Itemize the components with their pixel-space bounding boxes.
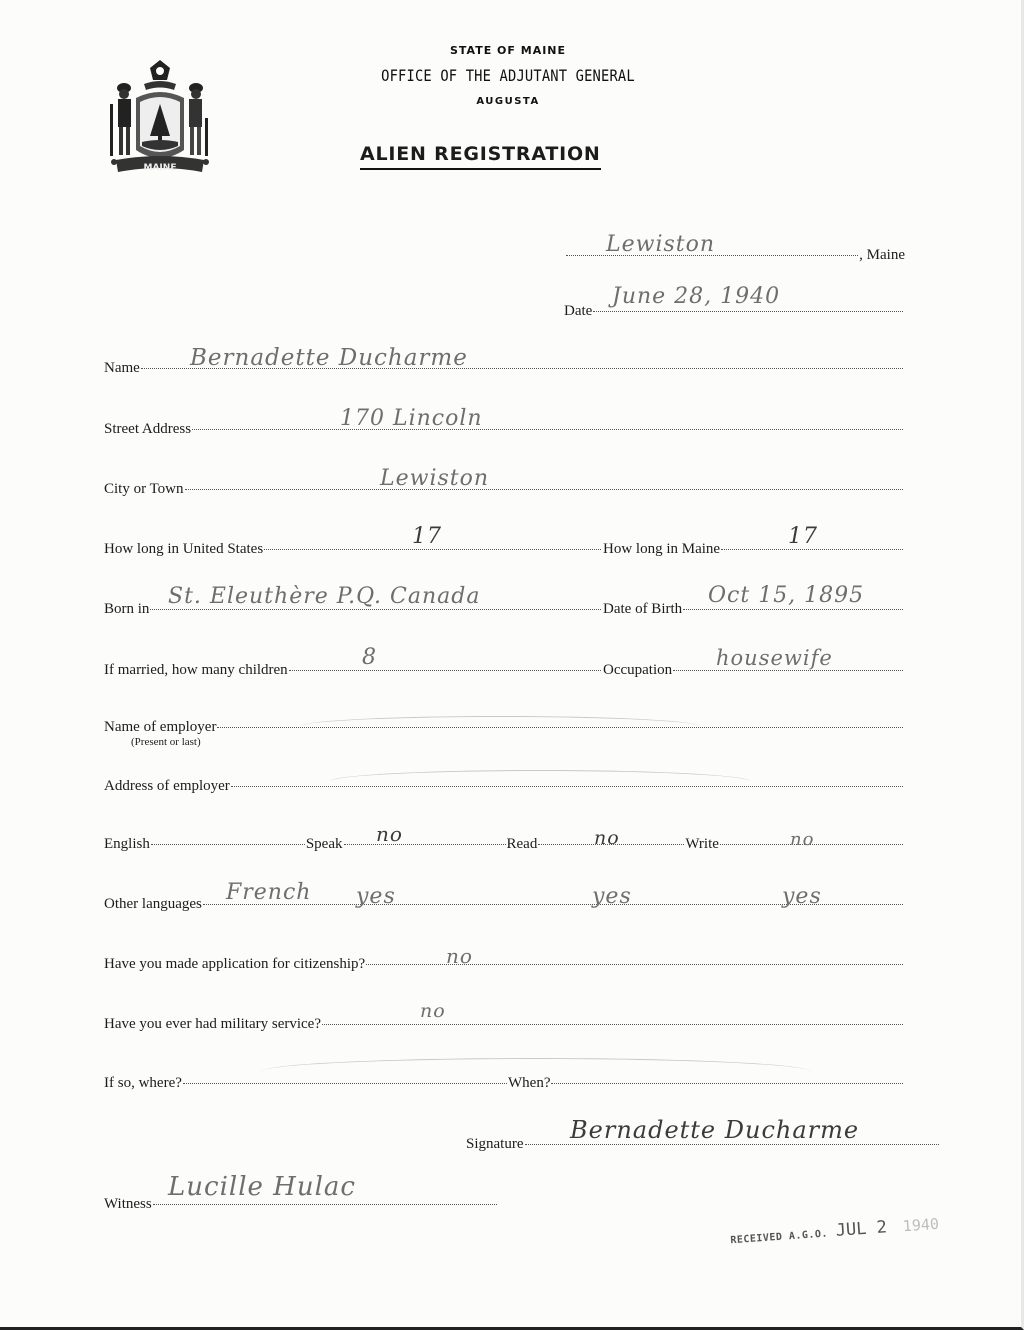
english-write-value: no (790, 829, 814, 850)
children-value: 8 (362, 645, 377, 670)
how-long-us-field[interactable]: How long in United States (104, 541, 602, 558)
occupation-line (673, 670, 903, 671)
where-when-dash-stroke (262, 1058, 810, 1085)
other-languages-read: yes (592, 884, 632, 909)
maine-state-seal-icon: MAINE (104, 58, 216, 182)
employer-name-sublabel: (Present or last) (131, 736, 201, 748)
where-label: If so, where? (104, 1075, 182, 1092)
other-languages-speak: yes (356, 884, 396, 909)
occupation-label: Occupation (603, 662, 672, 679)
svg-text:MAINE: MAINE (144, 163, 177, 173)
name-value: Bernadette Ducharme (190, 345, 468, 371)
name-label: Name (104, 360, 140, 377)
how-long-maine-field[interactable]: How long in Maine (603, 541, 904, 558)
english-speak-label: Speak (306, 836, 343, 853)
how-long-maine-value: 17 (788, 524, 818, 549)
date-label: Date (564, 303, 592, 320)
how-long-us-line (264, 549, 601, 550)
date-of-birth-label: Date of Birth (603, 601, 682, 618)
english-write-label: Write (685, 836, 719, 853)
header-state: STATE OF MAINE (340, 44, 676, 57)
english-read-value: no (594, 827, 620, 849)
other-languages-label: Other languages (104, 896, 202, 913)
street-address-line (192, 429, 903, 430)
how-long-us-value: 17 (412, 524, 442, 549)
city-label: City or Town (104, 481, 184, 498)
occupation-value: housewife (716, 646, 833, 670)
received-stamp: RECEIVED A.G.O.JUL 21940 (730, 1214, 940, 1249)
witness-line (153, 1204, 497, 1205)
employer-name-label: Name of employer (104, 719, 216, 736)
witness-value: Lucille Hulac (168, 1172, 356, 1202)
signature-value: Bernadette Ducharme (570, 1116, 859, 1144)
signature-label: Signature (466, 1136, 524, 1153)
english-read-label: Read (507, 836, 538, 853)
street-address-field[interactable]: Street Address (104, 421, 904, 438)
employer-address-dash-stroke (330, 770, 750, 793)
city-field[interactable]: City or Town (104, 481, 904, 498)
street-address-label: Street Address (104, 421, 191, 438)
military-label: Have you ever had military service? (104, 1016, 321, 1033)
form-title: ALIEN REGISTRATION (360, 143, 601, 170)
children-label: If married, how many children (104, 662, 288, 679)
place-suffix: , Maine (859, 247, 905, 264)
city-value: Lewiston (380, 466, 489, 491)
date-of-birth-line (683, 609, 903, 610)
date-line (593, 311, 903, 312)
born-in-label: Born in (104, 601, 149, 618)
stamp-received: RECEIVED A.G.O. (730, 1228, 828, 1246)
citizenship-label: Have you made application for citizenshi… (104, 956, 365, 973)
city-line (185, 489, 903, 490)
english-speak-value: no (376, 822, 403, 846)
date-value: June 28, 1940 (612, 284, 780, 309)
english-speak-line (344, 844, 506, 845)
witness-label: Witness (104, 1196, 152, 1213)
signature-line (525, 1144, 940, 1145)
alien-registration-form: MAINE STATE OF MAINE OFFICE OF THE ADJUT… (0, 0, 1024, 1330)
born-in-value: St. Eleuthère P.Q. Canada (168, 584, 480, 609)
children-line (289, 670, 601, 671)
how-long-maine-label: How long in Maine (603, 541, 720, 558)
other-languages-write: yes (782, 884, 822, 909)
street-address-value: 170 Lincoln (340, 406, 483, 431)
how-long-maine-line (721, 549, 903, 550)
other-languages-language: French (226, 880, 311, 905)
place-value: Lewiston (606, 232, 715, 257)
military-field[interactable]: Have you ever had military service? (104, 1016, 904, 1033)
born-in-line (150, 609, 601, 610)
employer-name-dash-stroke (300, 716, 700, 737)
english-line (151, 844, 305, 845)
english-field[interactable]: English Speak Read Write (104, 836, 904, 853)
citizenship-value: no (446, 944, 473, 968)
children-field[interactable]: If married, how many children (104, 662, 602, 679)
military-value: no (420, 1000, 446, 1022)
employer-address-label: Address of employer (104, 778, 230, 795)
date-of-birth-value: Oct 15, 1895 (708, 583, 864, 608)
header-office: OFFICE OF THE ADJUTANT GENERAL (364, 66, 653, 85)
header-city: AUGUSTA (340, 96, 676, 107)
citizenship-field[interactable]: Have you made application for citizenshi… (104, 956, 904, 973)
stamp-year: 1940 (902, 1215, 939, 1235)
stamp-date: JUL 2 (835, 1217, 887, 1241)
english-label: English (104, 836, 150, 853)
how-long-us-label: How long in United States (104, 541, 263, 558)
military-line (322, 1024, 903, 1025)
